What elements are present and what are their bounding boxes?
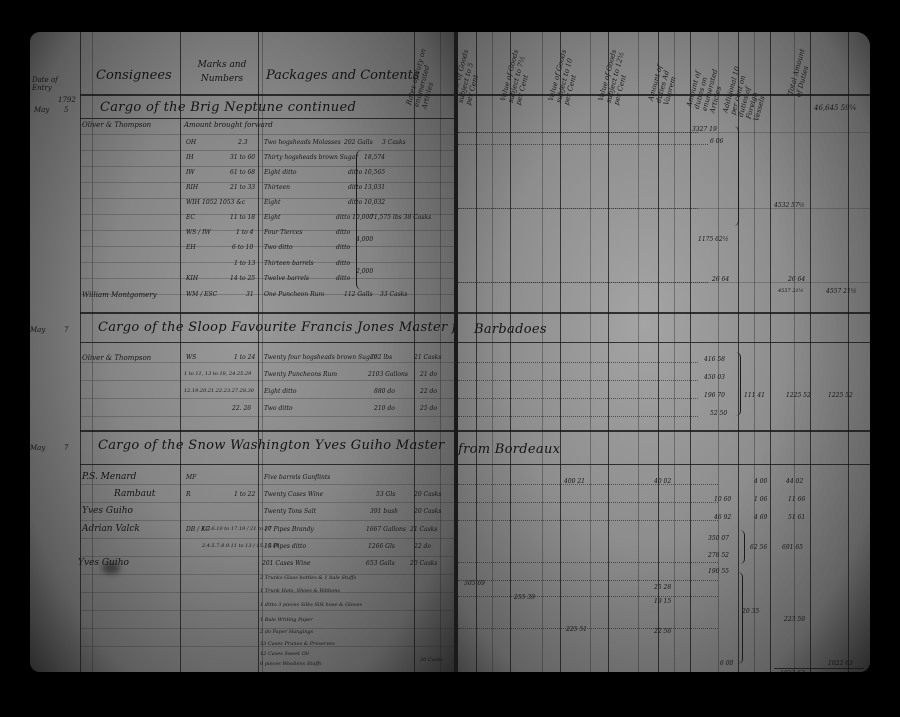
figure: 400 21 [564, 478, 585, 485]
contents: 13 Pipes ditto [264, 543, 306, 550]
contents: Twenty Tons Salt [264, 508, 316, 515]
figure: 10 60 [714, 496, 731, 503]
figure: 196 70 [704, 392, 725, 399]
contents: Four Tierces [264, 229, 302, 236]
numbers: 21 to 33 [230, 184, 255, 191]
quantity: 792 lbs [370, 354, 392, 361]
header-rates: Rates of duty on enumerated Articles [405, 46, 444, 110]
figure: 691 65 [782, 544, 803, 551]
consignee: Oliver & Thompson [82, 121, 151, 129]
figure: 1175 62½ [698, 236, 729, 243]
figure: 20 35 [742, 608, 759, 615]
numbers: 2.3 [238, 139, 248, 146]
numbers: 1 to 13 [234, 260, 255, 267]
figure: 4 00 [754, 478, 767, 485]
contents: 201 Cases Wine [262, 560, 311, 567]
numbers: 1 to 22 [234, 491, 255, 498]
numbers: 31 [246, 291, 254, 298]
section1-date-day: 5 [64, 106, 68, 114]
from-bordeaux: from Bordeaux [458, 442, 560, 457]
section3-title: Cargo of the Snow Washington Yves Guiho … [98, 438, 445, 453]
quantity: ditto 10,000 [336, 214, 373, 221]
figure: 25 28 [654, 584, 671, 591]
figure: 22 56 [654, 628, 671, 635]
figure: 1 06 [754, 496, 767, 503]
marks: OH [186, 139, 196, 146]
marks: WIH [186, 199, 200, 206]
quantity: 112 Galls [344, 291, 373, 298]
figure: 1225 52 [786, 392, 811, 399]
numbers: 1.3.6.10 to 17.19 / 21 to 30 [202, 526, 271, 532]
header-10pct: Value of Goods subject to 10 per Cent [547, 48, 584, 106]
quantity: ditto [336, 260, 350, 267]
figure: 350 07 [708, 535, 729, 542]
contents: 1 Trunk Hats, Shoes & Ribbons [260, 588, 340, 594]
quantity: 53 Gls [376, 491, 395, 498]
quantity: 2103 Gallons [368, 371, 408, 378]
packages: 20 Casks [420, 657, 443, 663]
figure: 111 41 [744, 392, 765, 399]
figure: 26 64 [712, 276, 729, 283]
marks: MF [186, 474, 196, 481]
section-year: 1792 [58, 96, 76, 104]
quantity: 653 Galls [366, 560, 395, 567]
numbers: 1 to 24 [234, 354, 255, 361]
figure: 450 03 [704, 374, 725, 381]
header-5pct: Value of Goods subject to 5 per Cent [458, 48, 486, 106]
from-barbadoes: Barbadoes [474, 322, 547, 337]
contents: 53 Cases Prunes & Preserves [260, 641, 335, 647]
numbers: 14 to 25 [230, 275, 255, 282]
packages: 20 Casks [414, 508, 442, 515]
packages: 21 Casks [414, 354, 442, 361]
figure: 51 61 [788, 514, 805, 521]
header-consignees: Consignees [96, 68, 172, 83]
contents: 1 Bale Writing Paper [260, 617, 313, 623]
figure: 46 92 [714, 514, 731, 521]
figure: 52 50 [710, 410, 727, 417]
packages: 21 do [420, 371, 437, 378]
left-page: Date of Entry Consignees Marks and Numbe… [30, 32, 456, 672]
packages: 21 Casks [410, 526, 438, 533]
contents: Two ditto [264, 244, 293, 251]
packages: 20 Casks [410, 560, 438, 567]
marks: IH [186, 154, 194, 161]
quantity: ditto 13,031 [348, 184, 385, 191]
figure: 505 69 [464, 580, 485, 587]
header-date: Date of Entry [32, 76, 62, 92]
numbers: 1 to 11, 13 to 18, 24.25.29 [184, 371, 251, 377]
numbers: 1 to 4 [236, 229, 253, 236]
contents: Thirteen [264, 184, 290, 191]
numbers: 6 to 10 [232, 244, 253, 251]
quantity: ditto [336, 229, 350, 236]
marks: WM / ESC [186, 291, 217, 298]
contents: One Puncheon Rum [264, 291, 324, 298]
contents: 17 Pipes Brandy [264, 526, 314, 533]
page-subtotal: 1022 63 [780, 670, 805, 672]
header-7-5pct: Value of Goods subject to 7½ per Cent [499, 48, 536, 106]
figure: 3327 19 [692, 126, 717, 133]
contents: Five barrels Gunflints [264, 474, 330, 481]
contents: Eight [264, 199, 280, 206]
ledger-book: Date of Entry Consignees Marks and Numbe… [30, 32, 870, 672]
packages: 25 do [420, 405, 437, 412]
section1-title: Cargo of the Brig Neptune continued [100, 100, 356, 115]
header-total-duties: Total Amount of Duties [787, 42, 816, 98]
figure: 190 55 [708, 568, 729, 575]
figure: 6 06 [710, 138, 723, 145]
figure: 19 15 [654, 598, 671, 605]
contents: Eight ditto [264, 169, 297, 176]
consignee: Yves Guiho [82, 506, 133, 516]
contents: Eight ditto [264, 388, 297, 395]
packages: 3 Casks [382, 139, 406, 146]
figure: 6 00 [720, 660, 733, 667]
contents: 12 Cases Sweet Oil [260, 651, 309, 657]
figure: 44 02 [786, 478, 803, 485]
quantity: ditto 10,565 [348, 169, 385, 176]
contents: Thirteen barrels [264, 260, 314, 267]
numbers: 12.19.20.21.22.23.27.28.30 [184, 388, 254, 394]
contents: Eight [264, 214, 280, 221]
quantity: 1667 Gallons [366, 526, 406, 533]
packages: 71,575 lbs 38 Casks [370, 214, 431, 221]
figure: 416 58 [704, 356, 725, 363]
marks: WS / IW [186, 229, 211, 236]
right-page: Value of Goods subject to 5 per Cent Val… [458, 32, 870, 672]
section3-date-month: May [30, 444, 45, 452]
contents: 1 ditto 3 pieces Silks Silk hose & Glove… [260, 602, 362, 608]
figure: 255 39 [514, 594, 535, 601]
contents: Thirty hogsheads brown Sugar [264, 154, 358, 161]
quantity: 880 do [374, 388, 395, 395]
numbers: 22. 26 [232, 405, 251, 412]
contents: Twenty Puncheons Rum [264, 371, 337, 378]
marks: Amount brought forward [184, 121, 273, 129]
quantity: 391 bush [370, 508, 398, 515]
contents: 2 Trunks Glass bottles & 1 bale Stuffs [260, 575, 356, 581]
header-ad-valorem: Amount of duties Ad Valorem [647, 48, 684, 106]
header-packages: Packages and Contents [266, 68, 420, 83]
contents: Twenty Cases Wine [264, 491, 323, 498]
contents: 6 pieces Woollens Stuffs [260, 661, 322, 667]
figure: 26 64 [788, 276, 805, 283]
brought-forward-total: 46,645 59¼ [814, 104, 856, 112]
figure: 4557 21½ [826, 288, 857, 295]
quantity: 18,574 [364, 154, 385, 161]
figure: 40 02 [654, 478, 671, 485]
consignee: Oliver & Thompson [82, 354, 151, 362]
page-total: 1022 63 [828, 660, 853, 667]
section2-title: Cargo of the Sloop Favourite Francis Jon… [98, 320, 456, 335]
packages: 20 Casks [414, 491, 442, 498]
quantity: ditto [336, 275, 350, 282]
contents: 2 do Paper Hangings [260, 629, 313, 635]
packages: 33 Casks [380, 291, 408, 298]
contents: Twenty four hogsheads brown Sugar [264, 354, 376, 361]
header-foreign-additional: Additional 10 per cent on duties of Fore… [721, 59, 774, 122]
contents: Twelve barrels [264, 275, 309, 282]
header-marks: Marks and Numbers [190, 58, 254, 86]
figure: 11 66 [788, 496, 805, 503]
figure: 225 51 [566, 626, 587, 633]
section2-date-day: 7 [64, 326, 68, 334]
figure: 62 56 [750, 544, 767, 551]
marks: WS [186, 354, 196, 361]
figure: 1225 52 [828, 392, 853, 399]
contents: Two hogsheads Molasses [264, 139, 341, 146]
section1-date-month: May [34, 106, 49, 114]
figure: 223 59 [784, 616, 805, 623]
header-12-5pct: Value of Goods subject to 12½ per Cent [597, 48, 634, 106]
quantity: 202 Galls [344, 139, 373, 146]
marks: KIH [186, 275, 198, 282]
quantity: ditto [336, 244, 350, 251]
marks: EH [186, 244, 196, 251]
figure: 278 52 [708, 552, 729, 559]
marks: R [186, 491, 191, 498]
numbers: 31 to 60 [230, 154, 255, 161]
numbers: 11 to 18 [230, 214, 255, 221]
packages: 22 do [414, 543, 431, 550]
contents: Two ditto [264, 405, 293, 412]
numbers: 61 to 68 [230, 169, 255, 176]
section3-date-day: 7 [64, 444, 68, 452]
consignee: Rambaut [114, 489, 155, 499]
consignee: P.S. Menard [82, 472, 136, 482]
quantity: 210 do [374, 405, 395, 412]
section2-date-month: May [30, 326, 45, 334]
figure: 4532 57½ [774, 202, 805, 209]
quantity: 1266 Gls [368, 543, 395, 550]
consignee: Adrian Valck [82, 524, 140, 534]
marks: RIH [186, 184, 198, 191]
quantity: ditto 10,032 [348, 199, 385, 206]
numbers: 1052 1053 &c [202, 199, 245, 206]
consignee: William Montgomery [82, 291, 157, 299]
packages: 22 do [420, 388, 437, 395]
figure: 4557 21½ [778, 288, 804, 294]
marks: EC [186, 214, 195, 221]
figure: 4 69 [754, 514, 767, 521]
marks: IW [186, 169, 195, 176]
